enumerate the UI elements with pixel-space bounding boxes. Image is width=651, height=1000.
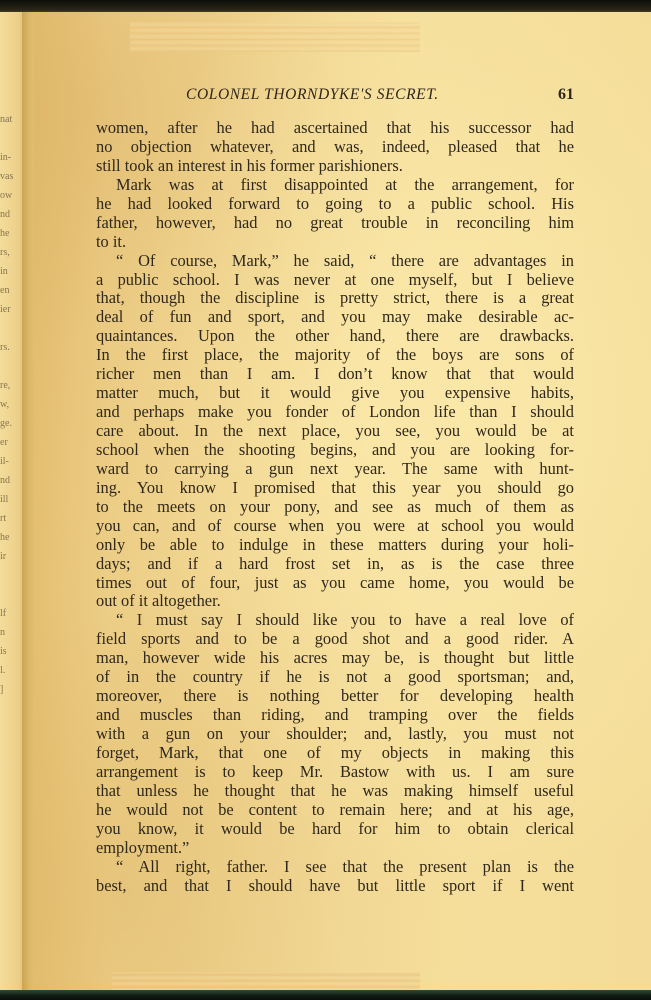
- text-line: “ All right, father. I see that the pres…: [96, 858, 574, 877]
- book-bottom-edge: [0, 990, 651, 1000]
- text-line: women, after he had ascertained that his…: [96, 119, 574, 138]
- margin-fragment: nd: [0, 471, 16, 490]
- text-line: and muscles than riding, and tramping ov…: [96, 706, 574, 725]
- margin-fragment: lf: [0, 604, 16, 623]
- margin-fragment: in: [0, 262, 16, 281]
- text-line: to the meets on your pony, and see as mu…: [96, 498, 574, 517]
- margin-fragment: nd: [0, 205, 16, 224]
- text-line: quaintances. Upon the other hand, there …: [96, 327, 574, 346]
- text-line: father, however, had no great trouble in…: [96, 214, 574, 233]
- text-line: times out of four, just as you came home…: [96, 574, 574, 593]
- page-number: 61: [558, 86, 574, 104]
- text-line: man, however wide his acres may be, is t…: [96, 649, 574, 668]
- text-line: no objection whatever, and was, indeed, …: [96, 138, 574, 157]
- margin-fragment: he: [0, 224, 16, 243]
- previous-page-text-fragments: nat in-vasowndhers,inenier rs. re,w,ge.e…: [0, 110, 16, 699]
- running-title: COLONEL THORNDYKE'S SECRET.: [186, 86, 439, 104]
- margin-fragment: l.: [0, 661, 16, 680]
- text-line: ward to carrying a gun next year. The sa…: [96, 460, 574, 479]
- text-line: only be able to indulge in these matters…: [96, 536, 574, 555]
- text-line: he had looked forward to going to a publ…: [96, 195, 574, 214]
- margin-fragment: he: [0, 528, 16, 547]
- text-line: with a gun on your shoulder; and, lastly…: [96, 725, 574, 744]
- margin-fragment: en: [0, 281, 16, 300]
- text-line: a public school. I was never at one myse…: [96, 271, 574, 290]
- margin-fragment: [0, 585, 16, 604]
- scan-artifact-top: [130, 22, 420, 52]
- running-head: COLONEL THORNDYKE'S SECRET. 61: [96, 86, 574, 106]
- margin-fragment: [0, 566, 16, 585]
- text-line: of in the country if he is not a good sp…: [96, 668, 574, 687]
- margin-fragment: vas: [0, 167, 16, 186]
- margin-fragment: er: [0, 433, 16, 452]
- margin-fragment: ir: [0, 547, 16, 566]
- text-line: out of it altogether.: [96, 592, 574, 611]
- margin-fragment: ow: [0, 186, 16, 205]
- margin-fragment: ill: [0, 490, 16, 509]
- scanned-book-page: nat in-vasowndhers,inenier rs. re,w,ge.e…: [0, 0, 651, 1000]
- text-line: care about. In the next place, you see, …: [96, 422, 574, 441]
- text-line: days; and if a hard frost set in, as is …: [96, 555, 574, 574]
- margin-fragment: n: [0, 623, 16, 642]
- text-line: and perhaps make you fonder of London li…: [96, 403, 574, 422]
- margin-fragment: [0, 129, 16, 148]
- text-line: In the first place, the majority of the …: [96, 346, 574, 365]
- text-line: field sports and to be a good shot and a…: [96, 630, 574, 649]
- margin-fragment: il-: [0, 452, 16, 471]
- margin-fragment: rs.: [0, 338, 16, 357]
- text-line: still took an interest in his former par…: [96, 157, 574, 176]
- text-line: he would not be content to remain here; …: [96, 801, 574, 820]
- margin-fragment: [0, 319, 16, 338]
- margin-fragment: re,: [0, 376, 16, 395]
- margin-fragment: w,: [0, 395, 16, 414]
- text-line: “ I must say I should like you to have a…: [96, 611, 574, 630]
- margin-fragment: ier: [0, 300, 16, 319]
- margin-fragment: is: [0, 642, 16, 661]
- margin-fragment: [0, 357, 16, 376]
- text-line: richer men than I am. I don’t know that …: [96, 365, 574, 384]
- margin-fragment: rt: [0, 509, 16, 528]
- text-line: to it.: [96, 233, 574, 252]
- text-line: employment.”: [96, 839, 574, 858]
- margin-fragment: rs,: [0, 243, 16, 262]
- margin-fragment: nat: [0, 110, 16, 129]
- text-line: matter much, but it would give you expen…: [96, 384, 574, 403]
- text-line: moreover, there is nothing better for de…: [96, 687, 574, 706]
- text-line: best, and that I should have but little …: [96, 877, 574, 896]
- text-line: ing. You know I promised that this year …: [96, 479, 574, 498]
- text-line: arrangement is to keep Mr. Bastow with u…: [96, 763, 574, 782]
- body-text: women, after he had ascertained that his…: [96, 119, 574, 895]
- text-line: school when the shooting begins, and you…: [96, 441, 574, 460]
- text-line: you can, and of course when you were at …: [96, 517, 574, 536]
- text-line: that unless he thought that he was makin…: [96, 782, 574, 801]
- text-line: forget, Mark, that one of my objects in …: [96, 744, 574, 763]
- margin-fragment: ]: [0, 680, 16, 699]
- text-line: deal of fun and sport, and you may make …: [96, 308, 574, 327]
- text-line: that, though the discipline is pretty st…: [96, 289, 574, 308]
- text-line: you know, it would be hard for him to ob…: [96, 820, 574, 839]
- text-line: Mark was at first disappointed at the ar…: [96, 176, 574, 195]
- margin-fragment: in-: [0, 148, 16, 167]
- text-line: “ Of course, Mark,” he said, “ there are…: [96, 252, 574, 271]
- margin-fragment: ge.: [0, 414, 16, 433]
